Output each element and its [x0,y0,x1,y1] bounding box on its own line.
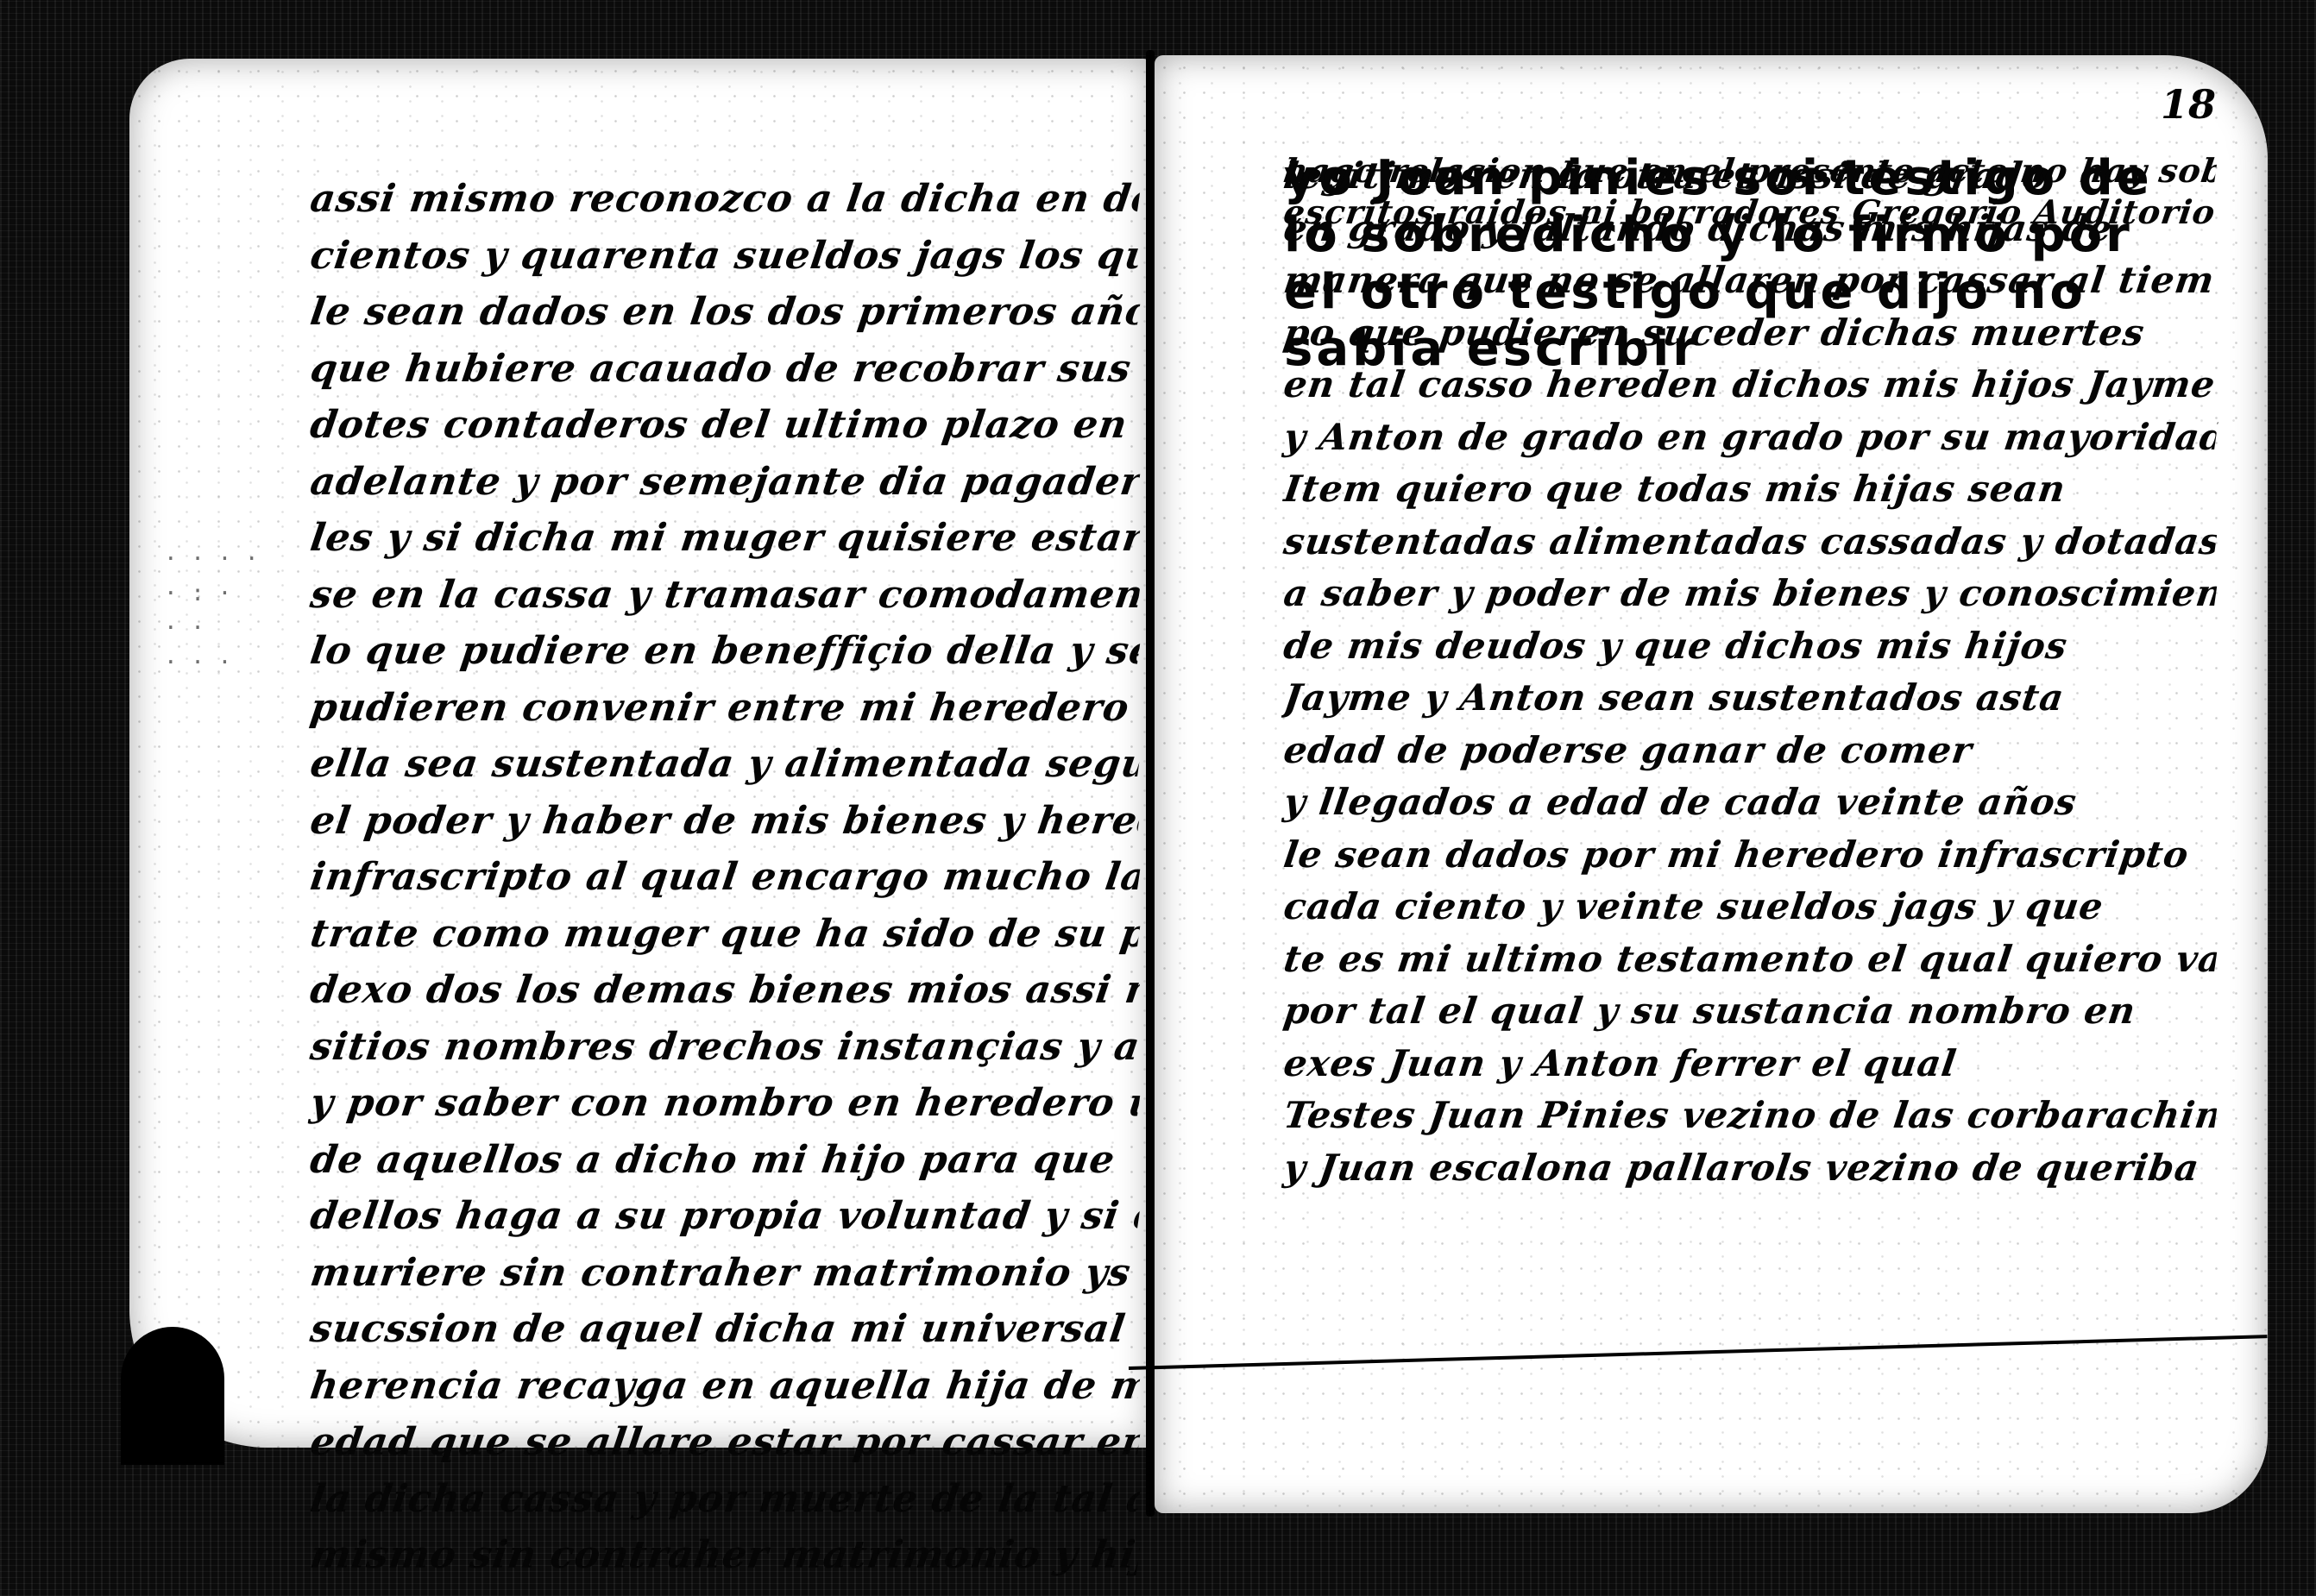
text-line: dotes contaderos del ultimo plazo en [306,397,1142,454]
text-line: infrascripto al qual encargo mucho la [306,849,1142,906]
left-margin-marks: · · · · · : · · · · · · [164,542,293,680]
text-line: Item quiero que todas mis hijas sean [1281,463,2220,516]
text-line: sustentadas alimentadas cassadas y dotad… [1281,516,2220,569]
folio-number: 18 [2161,81,2216,128]
text-line: assi mismo reconozco a la dicha en do [306,171,1142,228]
margin-mark: · · [164,611,293,645]
text-line: ella sea sustentada y alimentada segun [306,736,1142,793]
footnote-line: escritos raidos ni borradores Gregorio A… [1281,192,2219,233]
footnote-line: hago relacion que en el presente acto no… [1281,150,2219,192]
text-line: le sean dados en los dos primeros años [306,284,1142,341]
text-line: edad de poderse ganar de comer [1281,725,2220,777]
text-line: sucssion de aquel dicha mi universal [306,1301,1142,1358]
manuscript-spread: · · · · · : · · · · · · assi mismo recon… [129,59,2269,1525]
text-line: trate como muger que ha sido de su padre… [306,906,1142,963]
book-spine [1146,50,1155,1517]
text-line: edad que se allare estar por cassar en [306,1414,1142,1471]
margin-mark: · : · [164,576,293,611]
text-line: exes Juan y Anton ferrer el qual [1281,1038,2220,1090]
text-line: la dicha cassa y por muerte de la tal as… [306,1471,1142,1528]
margin-mark: · · · · [164,542,293,576]
ink-blot [121,1327,224,1465]
text-line: lo que pudiere en beneffiçio della y se [306,623,1142,680]
text-line: por tal el qual y su sustancia nombro en [1281,985,2220,1038]
text-line: muriere sin contraher matrimonio ys legi… [306,1245,1142,1302]
signature-line: el otro testigo que dijo no [1284,264,2216,321]
text-line: el poder y haber de mis bienes y hereden [306,793,1142,850]
text-line: cada ciento y veinte sueldos jags y que [1281,881,2220,933]
text-line: herencia recayga en aquella hija de mayo… [306,1358,1142,1415]
text-line: mismo sin contraher matrimonio y hijos. [306,1527,1142,1584]
text-line: y Anton de grado en grado por su mayorid… [1281,412,2220,464]
text-line: y llegados a edad de cada veinte años [1281,776,2220,829]
text-line: le sean dados por mi heredero infrascrip… [1281,829,2220,882]
right-page: 18 legitimos en la otra et assi de grado… [1155,55,2268,1513]
text-line: les y si dicha mi muger quisiere estar [306,510,1142,567]
text-line: Jayme y Anton sean sustentados asta [1281,672,2220,725]
text-line: cientos y quarenta sueldos jags los qual… [306,228,1142,285]
text-line: dexo dos los demas bienes mios assi mueb… [306,962,1142,1019]
text-line: y por saber con nombro en heredero unive… [306,1075,1142,1132]
text-line: a saber y poder de mis bienes y conoscim… [1281,568,2220,620]
text-line: pudieren convenir entre mi heredero y [306,680,1142,737]
text-line: y Juan escalona pallarols vezino de quer… [1281,1142,2220,1195]
margin-mark: · · · [164,645,293,680]
text-line: Testes Juan Pinies vezino de las corbara… [1281,1090,2220,1142]
text-line: dellos haga a su propia voluntad y si el… [306,1188,1142,1245]
text-line: adelante y por semejante dia pagadera [306,454,1142,511]
closing-rule [1129,1335,2268,1370]
notary-note: hago relacion que en el presente acto no… [1284,150,2216,233]
left-page-text: assi mismo reconozco a la dicha en do ci… [311,171,1139,1584]
left-page: · · · · · : · · · · · · assi mismo recon… [129,59,1152,1448]
text-line: sitios nombres drechos instançias y acti… [306,1019,1142,1076]
signature-line: sabia escribir [1284,321,2216,378]
text-line: de aquellos a dicho mi hijo para que [306,1132,1142,1189]
text-line: te es mi ultimo testamento el qual quier… [1281,933,2220,986]
text-line: de mis deudos y que dichos mis hijos [1281,620,2220,673]
text-line: se en la cassa y tramasar comodamente [306,567,1142,624]
text-line: que hubiere acauado de recobrar sus [306,341,1142,398]
